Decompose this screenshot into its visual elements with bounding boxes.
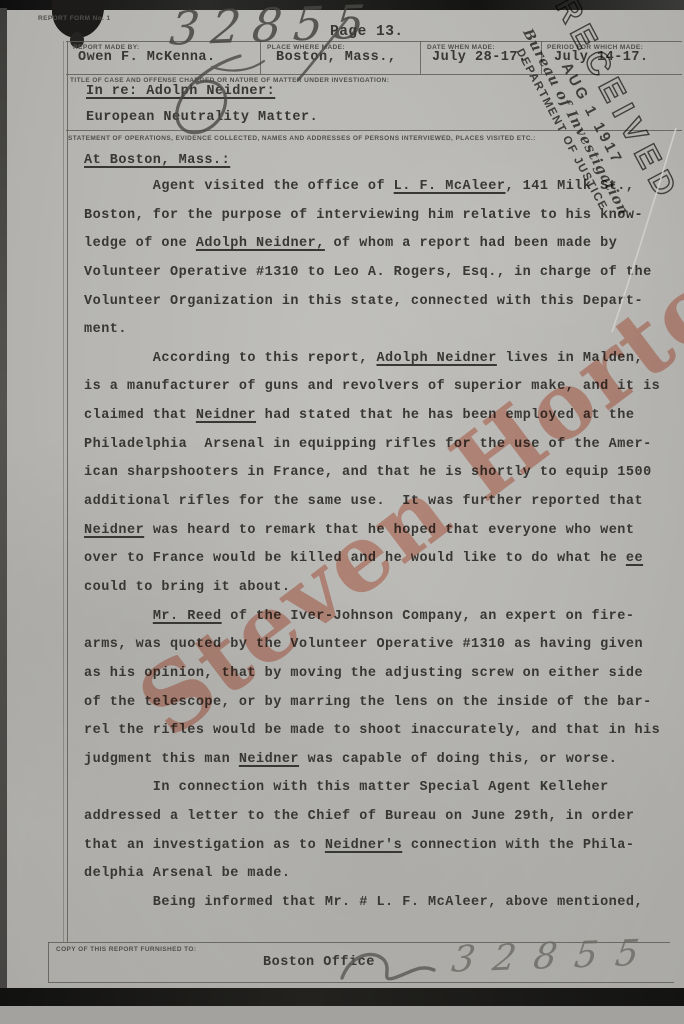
- body-line: delphia Arsenal be made.: [84, 866, 680, 895]
- body-line: Philadelphia Arsenal in equipping rifles…: [84, 437, 680, 466]
- statement-of-operations-label: STATEMENT OF OPERATIONS, EVIDENCE COLLEC…: [68, 135, 536, 142]
- body-line: over to France would be killed and he wo…: [84, 551, 680, 580]
- body-line: Mr. Reed of the Iver-Johnson Company, an…: [84, 609, 680, 638]
- body-location-line: At Boston, Mass.:: [84, 153, 230, 168]
- report-made-by-value: Owen F. McKenna.: [78, 50, 216, 65]
- body-line: Volunteer Organization in this state, co…: [84, 294, 680, 323]
- photo-bottom-margin: [0, 1006, 684, 1024]
- photo-left-edge: [0, 8, 7, 990]
- body-line: as his opinion, that by moving the adjus…: [84, 666, 680, 695]
- handwritten-file-number-bottom: 32855: [449, 932, 659, 980]
- form-rule-col2: [420, 41, 421, 74]
- body-line: Boston, for the purpose of interviewing …: [84, 208, 680, 237]
- body-line: arms, was quoted by the Volunteer Operat…: [84, 637, 680, 666]
- footer-box-bottom: [48, 982, 674, 983]
- body-line: claimed that Neidner had stated that he …: [84, 408, 680, 437]
- body-line: ledge of one Adolph Neidner, of whom a r…: [84, 236, 680, 265]
- footer-box-left: [48, 942, 49, 982]
- body-line: ican sharpshooters in France, and that h…: [84, 465, 680, 494]
- body-line: could to bring it about.: [84, 580, 680, 609]
- title-of-case-label: TITLE OF CASE AND OFFENSE CHARGED OR NAT…: [70, 77, 389, 84]
- body-line: judgment this man Neidner was capable of…: [84, 752, 680, 781]
- place-where-made-value: Boston, Mass.,: [276, 50, 396, 65]
- body-lines: Agent visited the office of L. F. McAlee…: [84, 179, 680, 924]
- copy-furnished-label: COPY OF THIS REPORT FURNISHED TO:: [56, 946, 196, 953]
- body-line: rel the rifles would be made to shoot in…: [84, 723, 680, 752]
- body-line: Being informed that Mr. # L. F. McAleer,…: [84, 895, 680, 924]
- body-line: Neidner was heard to remark that he hope…: [84, 523, 680, 552]
- copy-furnished-value: Boston Office: [263, 955, 375, 970]
- form-rule-left-outer: [63, 41, 64, 942]
- form-number-label: REPORT FORM No. 1: [38, 15, 111, 22]
- body-line: addressed a letter to the Chief of Burea…: [84, 809, 680, 838]
- body-line: ment.: [84, 322, 680, 351]
- body-line: additional rifles for the same use. It w…: [84, 494, 680, 523]
- case-title-line1: In re: Adolph Neidner:: [86, 84, 275, 99]
- photo-bottom-edge: [0, 988, 684, 1006]
- form-rule-left: [67, 41, 68, 942]
- body-line: Volunteer Operative #1310 to Leo A. Roge…: [84, 265, 680, 294]
- body-line: In connection with this matter Special A…: [84, 780, 680, 809]
- body-line: According to this report, Adolph Neidner…: [84, 351, 680, 380]
- case-title-line2: European Neutrality Matter.: [86, 110, 318, 125]
- body-line: of the telescope, or by marring the lens…: [84, 695, 680, 724]
- page-number: Page 13.: [330, 24, 404, 40]
- body-line: is a manufacturer of guns and revolvers …: [84, 379, 680, 408]
- body-line: that an investigation as to Neidner's co…: [84, 838, 680, 867]
